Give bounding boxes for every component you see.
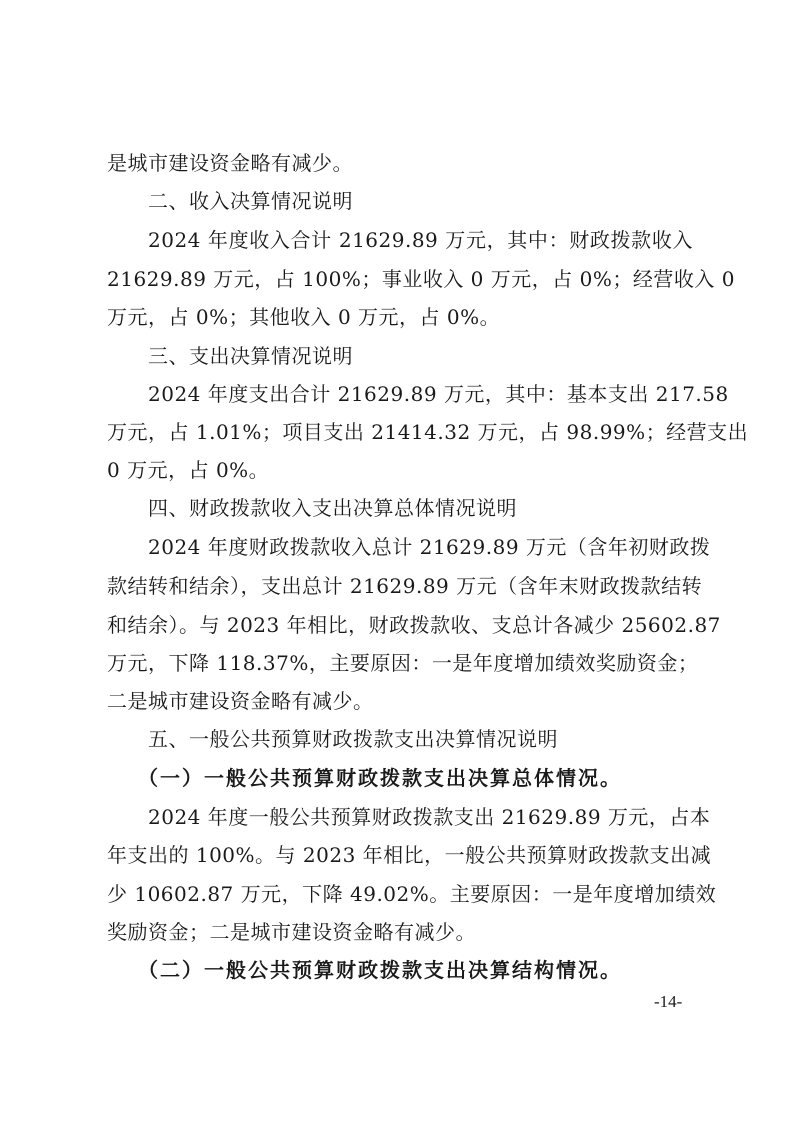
paragraph-line: 2024 年度一般公共预算财政拨款支出 21629.89 万元，占本 (148, 802, 693, 832)
paragraph-line: 万元，下降 118.37%，主要原因：一是年度增加绩效奖励资金； (107, 648, 693, 678)
paragraph-line: 2024 年度财政拨款收入总计 21629.89 万元（含年初财政拨 (148, 532, 693, 562)
document-page: 是城市建设资金略有减少。 二、收入决算情况说明 2024 年度收入合计 2162… (0, 0, 793, 1122)
paragraph-line: 万元，占 0%；其他收入 0 万元，占 0%。 (107, 302, 693, 332)
paragraph-line: 二是城市建设资金略有减少。 (107, 686, 693, 716)
page-number: -14- (654, 990, 682, 1014)
paragraph-line: 2024 年度收入合计 21629.89 万元，其中：财政拨款收入 (148, 225, 693, 255)
paragraph-line: 年支出的 100%。与 2023 年相比，一般公共预算财政拨款支出减 (107, 840, 693, 870)
section-heading-fiscal-allocation: 四、财政拨款收入支出决算总体情况说明 (148, 493, 517, 523)
subsection-heading-structure: （二）一般公共预算财政拨款支出决算结构情况。 (138, 955, 622, 985)
paragraph-line: 和结余）。与 2023 年相比，财政拨款收、支总计各减少 25602.87 (107, 610, 693, 640)
paragraph-line: 万元，占 1.01%；项目支出 21414.32 万元，占 98.99%；经营支… (107, 417, 693, 447)
paragraph-line: 21629.89 万元，占 100%；事业收入 0 万元，占 0%；经营收入 0 (107, 264, 693, 294)
paragraph-line: 少 10602.87 万元，下降 49.02%。主要原因：一是年度增加绩效 (107, 879, 693, 909)
section-heading-expenditure: 三、支出决算情况说明 (148, 341, 353, 371)
paragraph-line: 款结转和结余），支出总计 21629.89 万元（含年末财政拨款结转 (107, 571, 693, 601)
subsection-heading-overall: （一）一般公共预算财政拨款支出决算总体情况。 (138, 763, 622, 793)
paragraph-line: 奖励资金；二是城市建设资金略有减少。 (107, 917, 693, 947)
section-heading-income: 二、收入决算情况说明 (148, 186, 353, 216)
section-heading-general-public-budget: 五、一般公共预算财政拨款支出决算情况说明 (148, 724, 558, 754)
paragraph-line: 0 万元，占 0%。 (107, 455, 693, 485)
paragraph-line: 2024 年度支出合计 21629.89 万元，其中：基本支出 217.58 (148, 379, 693, 409)
paragraph-line: 是城市建设资金略有减少。 (107, 148, 693, 178)
